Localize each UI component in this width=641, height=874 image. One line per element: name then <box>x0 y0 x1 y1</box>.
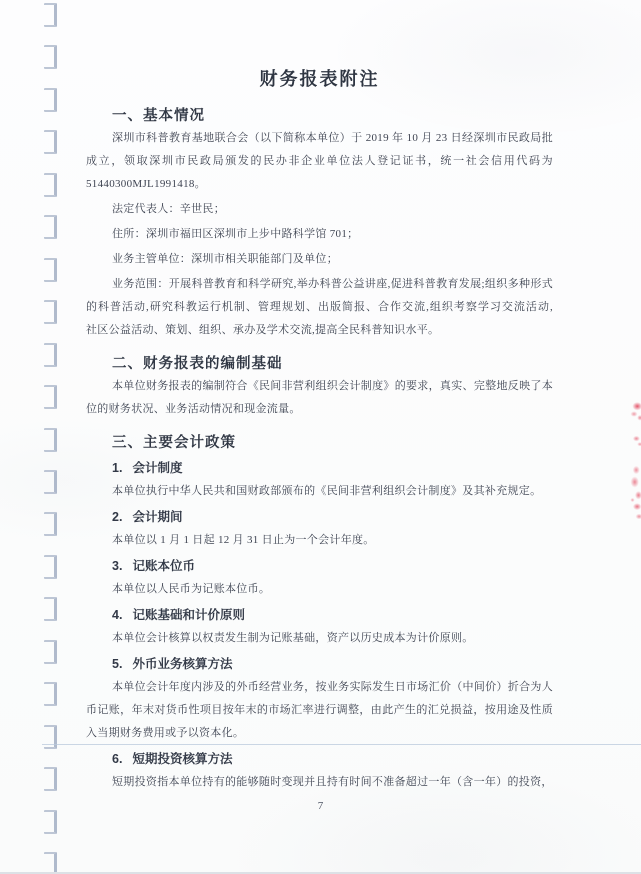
section-heading: 一、基本情况 <box>86 105 553 127</box>
paragraph-line: 币记账，年末对货币性项目按年末的市场汇率进行调整，由此产生的汇兑损益，按用途及性… <box>86 699 553 722</box>
scanned-document-page: 财务报表附注 一、基本情况深圳市科普教育基地联合会（以下简称本单位）于 2019… <box>0 0 641 874</box>
paragraph-line: 本单位执行中华人民共和国财政部颁布的《民间非营利组织会计制度》及其补充规定。 <box>86 480 553 503</box>
red-ink-fragment <box>631 433 641 449</box>
binding-hole <box>44 300 57 324</box>
paragraph: 深圳市科普教育基地联合会（以下简称本单位）于 2019 年 10 月 23 日经… <box>86 127 553 196</box>
subsection-title: 短期投资核算方法 <box>132 752 232 766</box>
subsection-number: 1. <box>112 461 122 475</box>
red-ink-fragment <box>630 500 641 522</box>
subsection-heading: 2.会计期间 <box>86 507 553 527</box>
paragraph-line: 短期投资指本单位持有的能够随时变现并且持有时间不准备超过一年（含一年）的投资，包 <box>86 771 553 794</box>
paragraph: 本单位财务报表的编制符合《民间非营利组织会计制度》的要求，真实、完整地反映了本单… <box>86 375 553 421</box>
paragraph-line: 入当期财务费用或予以资本化。 <box>86 722 553 745</box>
subsection-heading: 1.会计制度 <box>86 458 553 478</box>
subsection-title: 会计制度 <box>132 461 182 475</box>
paragraph: 业务范围：开展科普教育和科学研究,举办科普公益讲座,促进科普教育发展;组织多种形… <box>86 273 553 342</box>
binding-hole <box>44 555 57 579</box>
subsection-heading: 3.记账本位币 <box>86 556 553 576</box>
paragraph-line: 深圳市科普教育基地联合会（以下简称本单位）于 2019 年 10 月 23 日经… <box>86 127 553 150</box>
paragraph-line: 法定代表人：辛世民； <box>86 198 553 221</box>
binding-hole <box>44 173 57 197</box>
document-body: 一、基本情况深圳市科普教育基地联合会（以下简称本单位）于 2019 年 10 月… <box>86 105 553 794</box>
binding-hole <box>44 343 57 367</box>
red-ink-fragment <box>628 401 641 422</box>
paragraph-line: 业务主管单位：深圳市相关职能部门及单位； <box>86 248 553 271</box>
binding-hole <box>44 767 57 791</box>
paragraph-line: 成立，领取深圳市民政局颁发的民办非企业单位法人登记证书，统一社会信用代码为 <box>86 150 553 173</box>
binding-hole <box>44 428 57 452</box>
paragraph-line: 本单位财务报表的编制符合《民间非营利组织会计制度》的要求，真实、完整地反映了本单 <box>86 375 553 398</box>
document-title: 财务报表附注 <box>86 64 553 94</box>
paragraph: 本单位会计核算以权责发生制为记账基础，资产以历史成本为计价原则。 <box>86 627 553 650</box>
subsection-heading: 6.短期投资核算方法 <box>86 749 553 769</box>
binding-hole <box>44 725 57 749</box>
binding-hole <box>44 852 57 874</box>
paragraph: 法定代表人：辛世民； <box>86 198 553 221</box>
binding-hole <box>44 215 57 239</box>
binding-hole <box>44 258 57 282</box>
binding-hole <box>44 597 57 621</box>
subsection-number: 4. <box>112 608 122 622</box>
section-heading: 三、主要会计政策 <box>86 432 553 454</box>
section-heading: 二、财务报表的编制基础 <box>86 353 553 375</box>
subsection-title: 会计期间 <box>132 510 182 524</box>
subsection-number: 3. <box>112 559 122 573</box>
paragraph-line: 本单位会计核算以权责发生制为记账基础，资产以历史成本为计价原则。 <box>86 627 553 650</box>
subsection-number: 6. <box>112 752 122 766</box>
subsection-heading: 5.外币业务核算方法 <box>86 654 553 674</box>
subsection-title: 外币业务核算方法 <box>132 657 232 671</box>
subsection-number: 5. <box>112 657 122 671</box>
paragraph-line: 的科普活动,研究科教运行机制、管理规划、出版简报、合作交流,组织考察学习交流活动… <box>86 296 553 319</box>
paragraph-line: 住所：深圳市福田区深圳市上步中路科学馆 701； <box>86 223 553 246</box>
document-content: 财务报表附注 一、基本情况深圳市科普教育基地联合会（以下简称本单位）于 2019… <box>86 0 553 794</box>
paragraph-line: 本单位以人民币为记账本位币。 <box>86 578 553 601</box>
binding-hole <box>44 385 57 409</box>
page-number: 7 <box>0 800 641 816</box>
binding-hole <box>44 130 57 154</box>
paragraph: 本单位以 1 月 1 日起 12 月 31 日止为一个会计年度。 <box>86 529 553 552</box>
paragraph: 本单位会计年度内涉及的外币经营业务，按业务实际发生日市场汇价（中间价）折合为人民… <box>86 676 553 745</box>
paragraph: 本单位以人民币为记账本位币。 <box>86 578 553 601</box>
paragraph-line: 51440300MJL1991418。 <box>86 173 553 196</box>
paragraph: 业务主管单位：深圳市相关职能部门及单位； <box>86 248 553 271</box>
binding-hole <box>44 512 57 536</box>
binding-hole <box>44 682 57 706</box>
paragraph: 短期投资指本单位持有的能够随时变现并且持有时间不准备超过一年（含一年）的投资，包 <box>86 771 553 794</box>
paragraph-line: 本单位会计年度内涉及的外币经营业务，按业务实际发生日市场汇价（中间价）折合为人民 <box>86 676 553 699</box>
paragraph: 住所：深圳市福田区深圳市上步中路科学馆 701； <box>86 223 553 246</box>
paragraph-line: 业务范围：开展科普教育和科学研究,举办科普公益讲座,促进科普教育发展;组织多种形… <box>86 273 553 296</box>
binding-hole <box>44 470 57 494</box>
paragraph: 本单位执行中华人民共和国财政部颁布的《民间非营利组织会计制度》及其补充规定。 <box>86 480 553 503</box>
binding-hole <box>44 45 57 69</box>
paragraph-line: 位的财务状况、业务活动情况和现金流量。 <box>86 398 553 421</box>
binding-hole <box>44 3 57 27</box>
binding-hole <box>44 88 57 112</box>
subsection-number: 2. <box>112 510 122 524</box>
red-ink-fragment <box>628 464 641 504</box>
subsection-heading: 4.记账基础和计价原则 <box>86 605 553 625</box>
subsection-title: 记账本位币 <box>132 559 195 573</box>
subsection-title: 记账基础和计价原则 <box>132 608 245 622</box>
paragraph-line: 本单位以 1 月 1 日起 12 月 31 日止为一个会计年度。 <box>86 529 553 552</box>
binding-hole <box>44 640 57 664</box>
paragraph-line: 社区公益活动、策划、组织、承办及学术交流,提高全民科普知识水平。 <box>86 319 553 342</box>
